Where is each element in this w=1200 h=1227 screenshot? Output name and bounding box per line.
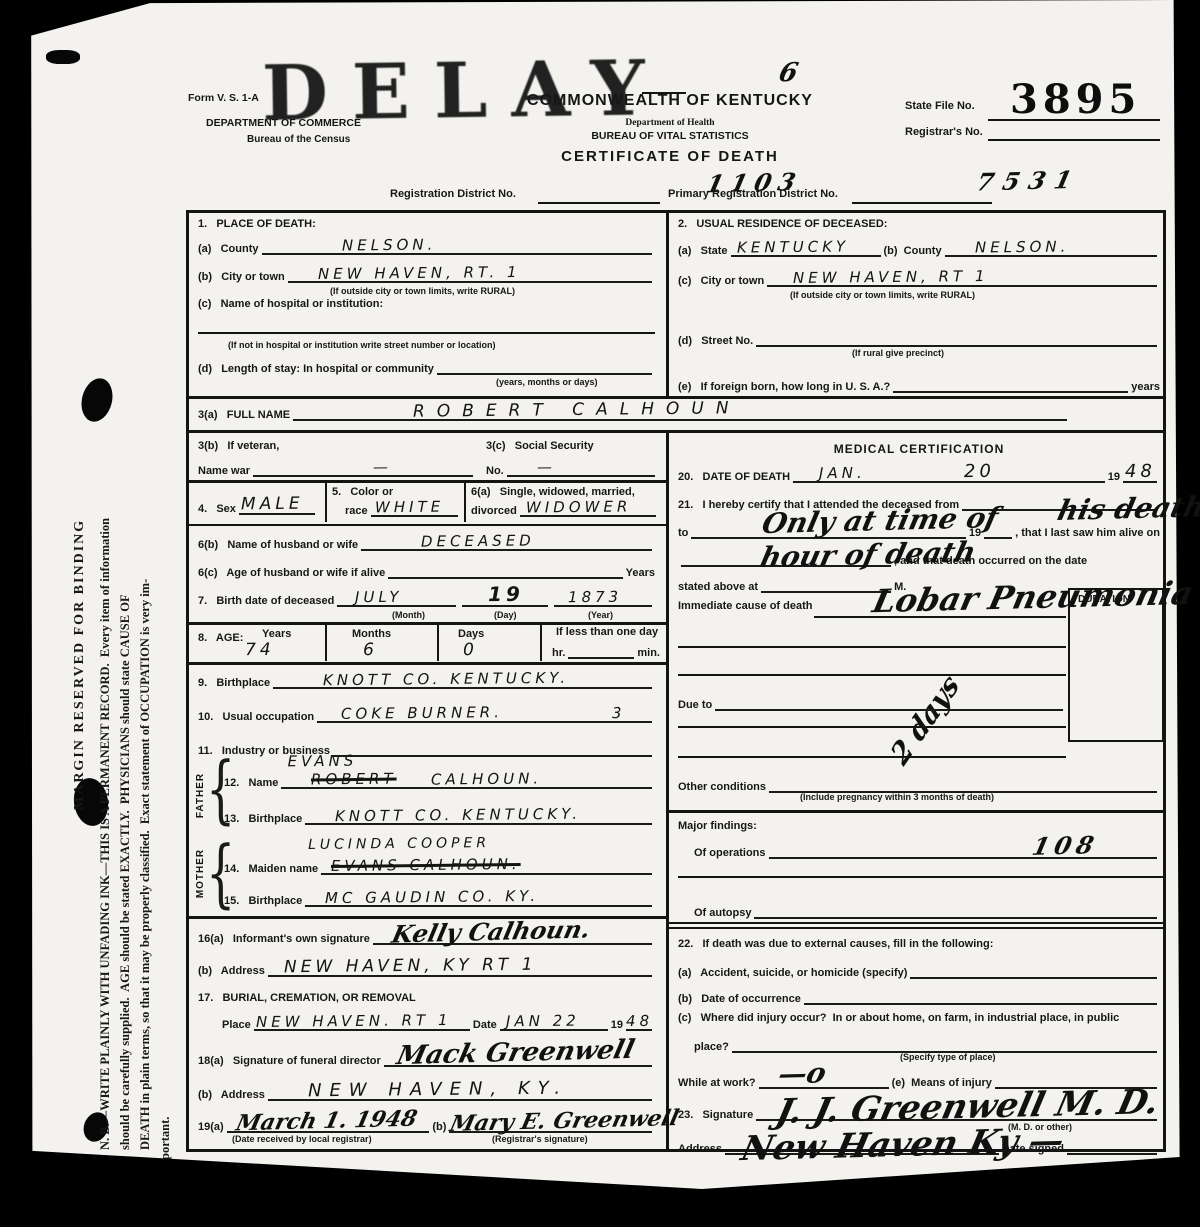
- race-row: race WHITE: [345, 500, 461, 517]
- operations-value: 108: [1029, 830, 1101, 861]
- father-vertical-label: FATHER: [195, 773, 206, 818]
- ink-smudge: [46, 50, 80, 64]
- commonwealth-title: COMMONWEALTH OF KENTUCKY: [520, 92, 820, 110]
- underline: [388, 562, 622, 579]
- birth-date-row: 7. Birth date of deceased JULY 19 1873: [198, 590, 655, 607]
- father-surname-value: CALHOUN.: [431, 769, 542, 788]
- length-of-stay-label: (d) Length of stay: In hospital or commu…: [198, 363, 434, 375]
- color-race-label: 5. Color or: [332, 486, 393, 498]
- occupation-row: 10. Usual occupation COKE BURNER. 3: [198, 706, 655, 723]
- registrar-row: 19(a) March 1. 1948 (b) Mary E. Greenwel…: [198, 1116, 655, 1133]
- underline: [333, 740, 652, 757]
- month-caption: (Month): [392, 610, 425, 620]
- age-days-label: Days: [458, 628, 484, 640]
- industry-row: 11. Industry or business: [198, 740, 655, 757]
- autopsy-row: Of autopsy: [694, 902, 1160, 919]
- burial-title: 17. BURIAL, CREMATION, OR REMOVAL: [198, 992, 416, 1004]
- section-rule: [186, 524, 666, 526]
- underline: [715, 694, 1063, 711]
- underline: [756, 330, 1157, 347]
- underline: KNOTT CO. KENTUCKY.: [273, 672, 652, 689]
- funeral-director-row: 18(a) Signature of funeral director Mack…: [198, 1050, 655, 1067]
- ssn-no-label: No.: [486, 465, 504, 477]
- underline: [1067, 1138, 1157, 1155]
- birthplace-row: 9. Birthplace KNOTT CO. KENTUCKY.: [198, 672, 655, 689]
- city-label: (b) City or town: [198, 271, 285, 283]
- social-security-label: 3(c) Social Security: [486, 440, 594, 452]
- duration-label: DURATION: [1078, 594, 1130, 605]
- underline: 19: [462, 590, 548, 607]
- birth-day-value: 19: [488, 582, 524, 606]
- state-value: KENTUCKY: [736, 237, 848, 256]
- underline: JAN 22: [500, 1014, 608, 1031]
- section-rule: [186, 622, 666, 625]
- less-than-day-label: If less than one day: [556, 626, 658, 638]
- county-value: NELSON.: [341, 236, 436, 255]
- father-birthplace-row: 13. Birthplace KNOTT CO. KENTUCKY.: [224, 808, 655, 825]
- place-of-death-title: 1. PLACE OF DEATH:: [198, 218, 316, 230]
- column-divider: [666, 210, 669, 396]
- underline: 48: [1123, 466, 1157, 483]
- full-name-value: ROBERT CALHOUN: [413, 398, 741, 421]
- underline: KENTUCKY: [731, 240, 881, 257]
- foreign-born-row: (e) If foreign born, how long in U. S. A…: [678, 376, 1160, 393]
- informant-address-row: (b) Address NEW HAVEN, KY RT 1: [198, 960, 655, 977]
- veteran-war-row: Name war —: [198, 460, 476, 477]
- years-suffix: years: [1131, 381, 1160, 393]
- spouse-age-row: 6(c) Age of husband or wife if alive Yea…: [198, 562, 655, 579]
- birth-month-value: JULY: [355, 588, 403, 606]
- date-of-death-label: 20. DATE OF DEATH: [678, 471, 790, 483]
- section-rule: [186, 480, 666, 483]
- underline: —: [253, 460, 473, 477]
- department-of-health: Department of Health: [520, 118, 820, 128]
- section-rule: [186, 662, 666, 665]
- divorced-label: divorced: [471, 505, 517, 517]
- underline: NELSON.: [262, 238, 653, 255]
- marital-value: WIDOWER: [526, 497, 632, 516]
- father-name-label: 12. Name: [224, 777, 278, 789]
- length-of-stay-caption: (years, months or days): [496, 377, 598, 387]
- informant-label: 16(a) Informant's own signature: [198, 933, 370, 945]
- underline: 108: [769, 842, 1157, 859]
- underline: Mack Greenwell: [384, 1050, 652, 1067]
- burial-row: Place NEW HAVEN. RT 1 Date JAN 22 19 48: [222, 1014, 655, 1031]
- burial-place-value: NEW HAVEN. RT 1: [256, 1011, 452, 1031]
- while-at-work-label: While at work?: [678, 1077, 756, 1089]
- underline: WIDOWER: [520, 500, 656, 517]
- registrar-b-label: (b): [432, 1121, 446, 1133]
- ssn-value: —: [537, 458, 556, 476]
- usual-residence-title: 2. USUAL RESIDENCE OF DECEASED:: [678, 218, 887, 230]
- cell-divider: [325, 625, 327, 661]
- death-year-printed: 19: [1108, 471, 1120, 483]
- underline: —o: [759, 1072, 889, 1089]
- underline: EVANS CALHOUN.: [321, 858, 652, 875]
- full-name-row: 3(a) FULL NAME ROBERT CALHOUN: [198, 404, 1070, 421]
- spouse-age-label: 6(c) Age of husband or wife if alive: [198, 567, 385, 579]
- underline: [769, 776, 1157, 793]
- age-years-label: Years: [262, 628, 291, 640]
- date-received-caption: (Date received by local registrar): [232, 1134, 372, 1144]
- stated-above-label: stated above at: [678, 581, 758, 593]
- birth-date-label: 7. Birth date of deceased: [198, 595, 334, 607]
- occurrence-date-label: (b) Date of occurrence: [678, 993, 801, 1005]
- physician-signature-row: 23. Signature J. J. Greenwell M. D.: [678, 1104, 1160, 1121]
- underline: [678, 876, 1164, 878]
- hr-min-row: hr. min.: [552, 642, 660, 659]
- registrar-signature-caption: (Registrar's signature): [492, 1134, 588, 1144]
- underline: ROBERT CALHOUN: [293, 404, 1067, 421]
- mother-birthplace-value: MC GAUDIN CO. KY.: [325, 887, 539, 907]
- underline: NEW HAVEN, RT 1: [767, 270, 1157, 287]
- due-to-row: Due to: [678, 694, 1066, 711]
- underline: [198, 332, 655, 334]
- physician-address-label: Address: [678, 1143, 722, 1155]
- marital-label: 6(a) Single, widowed, married,: [471, 486, 635, 498]
- underline: [804, 988, 1157, 1005]
- burial-year-printed: 19: [611, 1019, 623, 1031]
- underline: NEW HAVEN, KY.: [268, 1084, 652, 1101]
- section-rule: [666, 927, 1166, 929]
- father-birthplace-value: KNOTT CO. KENTUCKY.: [335, 805, 581, 826]
- mother-name-row: 14. Maiden name EVANS CALHOUN.: [224, 858, 655, 875]
- foreign-born-label: (e) If foreign born, how long in U. S. A…: [678, 381, 890, 393]
- mother-name-label: 14. Maiden name: [224, 863, 318, 875]
- death-day-value: 20: [964, 461, 995, 482]
- funeral-address-label: (b) Address: [198, 1089, 265, 1101]
- street-no-label: (d) Street No.: [678, 335, 753, 347]
- cell-divider: [464, 483, 466, 522]
- spouse-age-suffix: Years: [626, 567, 655, 579]
- informant-row: 16(a) Informant's own signature Kelly Ca…: [198, 928, 655, 945]
- cell-divider: [540, 625, 542, 661]
- burial-date-value: JAN 22: [506, 1012, 580, 1031]
- injury-where-label: (c) Where did injury occur? In or about …: [678, 1012, 1119, 1024]
- section-rule: [666, 922, 1166, 924]
- street-no-row: (d) Street No.: [678, 330, 1160, 347]
- cell-divider: [325, 483, 327, 522]
- race-label: race: [345, 505, 368, 517]
- sex-value: MALE: [241, 494, 304, 515]
- underline: [988, 119, 1160, 121]
- informant-address-value: NEW HAVEN, KY RT 1: [284, 955, 537, 978]
- mother-name-crossed: EVANS CALHOUN.: [331, 855, 521, 875]
- marital-row: divorced WIDOWER: [471, 500, 659, 517]
- city-row: (b) City or town NEW HAVEN, RT. 1: [198, 266, 655, 283]
- funeral-address-value: NEW HAVEN, KY.: [308, 1078, 568, 1102]
- occupation-extra: 3: [612, 704, 626, 722]
- underline: Mary E. Greenwell: [449, 1116, 652, 1133]
- underline: COKE BURNER. 3: [317, 706, 652, 723]
- immediate-cause-label: Immediate cause of death: [678, 600, 813, 612]
- underline: NEW HAVEN. RT 1: [254, 1014, 470, 1031]
- burial-date-label: Date: [473, 1019, 497, 1031]
- underline: [437, 358, 652, 375]
- underline: KNOTT CO. KENTUCKY.: [305, 808, 652, 825]
- state-label: (a) State: [678, 245, 728, 257]
- underline: [678, 756, 1066, 758]
- full-name-label: 3(a) FULL NAME: [198, 409, 290, 421]
- underline: [732, 1036, 1157, 1053]
- underline: J. J. Greenwell M. D.: [756, 1104, 1157, 1121]
- death-month-value: JAN.: [819, 464, 866, 482]
- registrar-no-label: Registrar's No.: [905, 126, 983, 138]
- ssn-row: No. —: [486, 460, 658, 477]
- underline: —: [507, 460, 655, 477]
- underline: [910, 962, 1157, 979]
- date-of-death-row: 20. DATE OF DEATH JAN. 20 19 48: [678, 466, 1160, 483]
- external-causes-title: 22. If death was due to external causes,…: [678, 938, 993, 950]
- birthplace-label: 9. Birthplace: [198, 677, 270, 689]
- underline: WHITE: [371, 500, 458, 517]
- mother-vertical-label: MOTHER: [195, 849, 206, 898]
- day-caption: (Day): [494, 610, 517, 620]
- margin-nb-line1: N. B.—WRITE PLAINLY WITH UNFADING INK—TH…: [98, 90, 113, 1150]
- funeral-address-row: (b) Address NEW HAVEN, KY.: [198, 1084, 655, 1101]
- operations-row: Of operations 108: [694, 842, 1160, 859]
- injury-place-label: place?: [694, 1041, 729, 1053]
- year-caption: (Year): [588, 610, 613, 620]
- due-to-label: Due to: [678, 699, 712, 711]
- state-file-number: 3895: [1010, 76, 1141, 123]
- cell-divider: [437, 625, 439, 661]
- death-year-value: 48: [1125, 461, 1156, 482]
- underline: JULY: [337, 590, 456, 607]
- mother-birthplace-label: 15. Birthplace: [224, 895, 302, 907]
- informant-signature: Kelly Calhoun.: [389, 914, 593, 948]
- veteran-label: 3(b) If veteran,: [198, 440, 279, 452]
- physician-signature-label: 23. Signature: [678, 1109, 753, 1121]
- section-rule: [186, 430, 1166, 433]
- mother-birthplace-row: 15. Birthplace MC GAUDIN CO. KY.: [224, 890, 655, 907]
- certificate-of-death-title: CERTIFICATE OF DEATH: [520, 148, 820, 165]
- registration-district-label: Registration District No.: [390, 188, 516, 200]
- underline: NELSON.: [945, 240, 1157, 257]
- form-number: Form V. S. 1-A: [188, 93, 259, 105]
- underline: Kelly Calhoun.: [373, 928, 652, 945]
- city-caption: (If outside city or town limits, write R…: [330, 286, 515, 296]
- veteran-value: —: [373, 458, 392, 476]
- hospital-caption: (If not in hospital or institution write…: [228, 340, 496, 350]
- underline: 1873: [554, 590, 652, 607]
- residence-city-caption: (If outside city or town limits, write R…: [790, 290, 975, 300]
- bureau-vital-statistics: BUREAU OF VITAL STATISTICS: [520, 130, 820, 142]
- underline: DECEASED: [361, 534, 652, 551]
- physician-address-row: Address New Haven Ky — Date signed: [678, 1138, 1160, 1155]
- underline: NEW HAVEN, RT. 1: [288, 266, 652, 283]
- margin-binding-note: MARGIN RESERVED FOR BINDING: [72, 130, 88, 810]
- medical-certification-title: MEDICAL CERTIFICATION: [678, 442, 1160, 456]
- occupation-value: COKE BURNER.: [341, 703, 503, 723]
- underline: 48: [626, 1014, 652, 1031]
- spouse-name-value: DECEASED: [421, 531, 535, 550]
- occupation-label: 10. Usual occupation: [198, 711, 314, 723]
- date-received-label: 19(a): [198, 1121, 224, 1133]
- underline: [754, 902, 1157, 919]
- county-label: (a) County: [198, 243, 259, 255]
- underline: [852, 202, 992, 204]
- father-name-crossed: ROBERT: [311, 770, 397, 789]
- date-received-value: March 1. 1948: [233, 1106, 419, 1137]
- hospital-label: (c) Name of hospital or institution:: [198, 298, 383, 310]
- burial-place-label: Place: [222, 1019, 251, 1031]
- age-months-label: Months: [352, 628, 391, 640]
- underline: JAN. 20: [793, 466, 1105, 483]
- city-value: NEW HAVEN, RT. 1: [318, 263, 521, 283]
- hr-label: hr.: [552, 647, 565, 659]
- underline: [814, 616, 1066, 618]
- injury-place-row: place?: [694, 1036, 1160, 1053]
- duration-box: [1068, 588, 1164, 742]
- spouse-name-row: 6(b) Name of husband or wife DECEASED: [198, 534, 655, 551]
- underline: [568, 642, 634, 659]
- operations-label: Of operations: [694, 847, 766, 859]
- other-conditions-caption: (Include pregnancy within 3 months of de…: [800, 792, 994, 802]
- margin-nb-line2: should be carefully supplied. AGE should…: [118, 90, 133, 1150]
- underline: [678, 646, 1066, 648]
- underline: MALE: [239, 498, 315, 515]
- father-birthplace-label: 13. Birthplace: [224, 813, 302, 825]
- residence-city-row: (c) City or town NEW HAVEN, RT 1: [678, 270, 1160, 287]
- occurrence-date-row: (b) Date of occurrence: [678, 988, 1160, 1005]
- other-conditions-label: Other conditions: [678, 781, 766, 793]
- underline: [988, 139, 1160, 141]
- section-rule: [666, 810, 1166, 813]
- birth-year-value: 1873: [568, 588, 622, 607]
- residence-city-label: (c) City or town: [678, 275, 764, 287]
- underline: March 1. 1948: [227, 1116, 430, 1133]
- spouse-name-label: 6(b) Name of husband or wife: [198, 539, 358, 551]
- residence-city-value: NEW HAVEN, RT 1: [793, 267, 989, 287]
- residence-county-value: NELSON.: [974, 238, 1069, 257]
- underline: [678, 726, 1066, 728]
- underline: MC GAUDIN CO. KY.: [305, 890, 652, 907]
- certify-to-label: to: [678, 527, 688, 539]
- underline: New Haven Ky —: [725, 1138, 999, 1155]
- underline: NEW HAVEN, KY RT 1: [268, 960, 652, 977]
- while-at-work-mark: —o: [775, 1056, 829, 1090]
- father-name-row: 12. Name ROBERT CALHOUN.: [224, 772, 655, 789]
- county-row: (a) County NELSON.: [198, 238, 655, 255]
- min-label: min.: [637, 647, 660, 659]
- primary-district-label: Primary Registration District No.: [668, 188, 838, 200]
- birthplace-value: KNOTT CO. KENTUCKY.: [323, 669, 569, 690]
- injury-place-caption: (Specify type of place): [900, 1052, 996, 1062]
- state-file-label: State File No.: [905, 100, 975, 112]
- sex-label: 4. Sex: [198, 503, 236, 515]
- other-conditions-row: Other conditions: [678, 776, 1160, 793]
- scanned-death-certificate: MARGIN RESERVED FOR BINDING N. B.—WRITE …: [0, 0, 1200, 1227]
- sex-row: 4. Sex MALE: [198, 498, 318, 515]
- funeral-director-signature: Mack Greenwell: [394, 1035, 637, 1071]
- underline: [538, 202, 660, 204]
- margin-nb-line3: DEATH in plain terms, so that it may be …: [138, 90, 153, 1150]
- race-value: WHITE: [375, 498, 444, 517]
- underline: [893, 376, 1128, 393]
- accident-label: (a) Accident, suicide, or homicide (spec…: [678, 967, 907, 979]
- street-no-caption: (If rural give precinct): [852, 348, 944, 358]
- autopsy-label: Of autopsy: [694, 907, 751, 919]
- underline: [678, 674, 1066, 676]
- state-county-row: (a) State KENTUCKY (b) County NELSON.: [678, 240, 1160, 257]
- funeral-director-label: 18(a) Signature of funeral director: [198, 1055, 381, 1067]
- age-label: 8. AGE:: [198, 632, 243, 644]
- underline: ROBERT CALHOUN.: [281, 772, 652, 789]
- name-war-label: Name war: [198, 465, 250, 477]
- informant-address-label: (b) Address: [198, 965, 265, 977]
- residence-county-label: (b) County: [884, 245, 942, 257]
- major-findings-label: Major findings:: [678, 820, 757, 832]
- accident-row: (a) Accident, suicide, or homicide (spec…: [678, 962, 1160, 979]
- margin-nb-line4: portant.: [158, 1040, 173, 1160]
- length-of-stay-row: (d) Length of stay: In hospital or commu…: [198, 358, 655, 375]
